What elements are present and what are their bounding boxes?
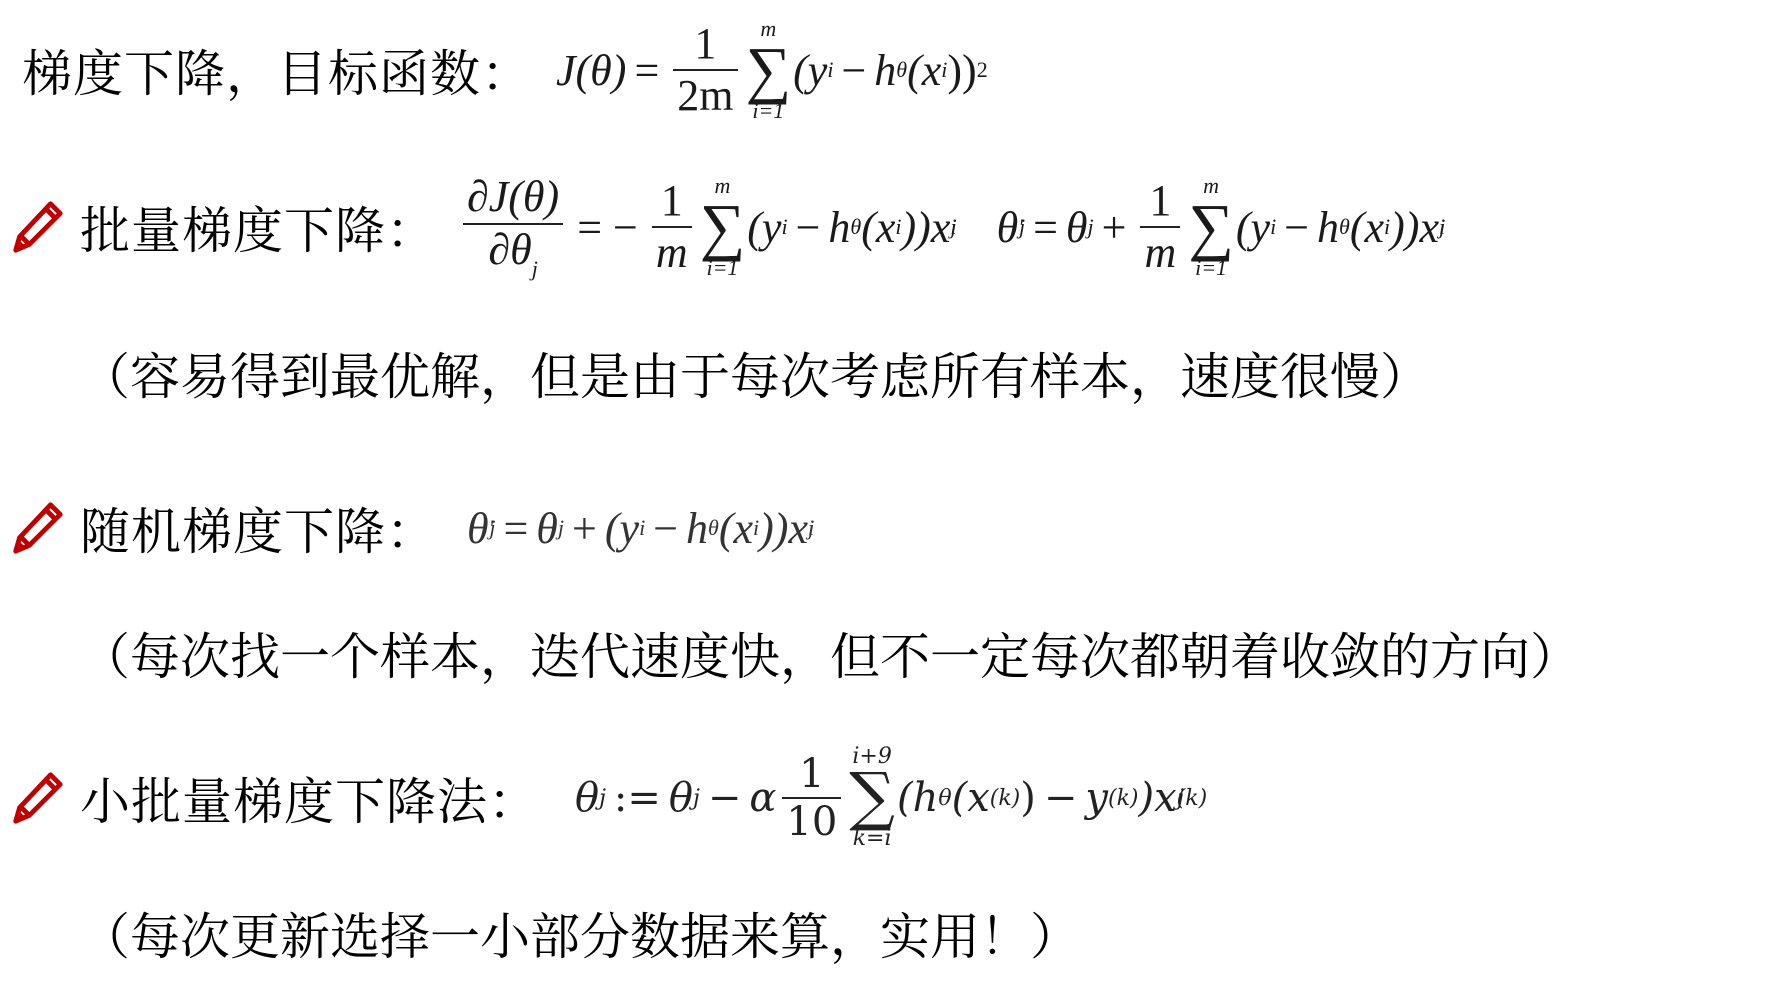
minibatch-label: 小批量梯度下降法： — [80, 762, 539, 834]
batch-gradient-formula: ∂J(θ) ∂θj = − 1 m m ∑ i=1 (yi − hθ (xi )… — [457, 174, 957, 280]
batch-note: （容易得到最优解，但是由于每次考虑所有样本，速度很慢） — [80, 337, 1430, 409]
minibatch-update-formula: θj := θj − α 1 10 i+9 ∑ k=i (hθ (x(k) ) … — [575, 745, 1184, 851]
summation: m ∑ i=1 — [746, 17, 792, 123]
stochastic-label: 随机梯度下降： — [80, 492, 437, 564]
objective-label: 梯度下降，目标函数： — [22, 34, 532, 106]
stochastic-note: （每次找一个样本，迭代速度快，但不一定每次都朝着收敛的方向） — [80, 617, 1580, 689]
stochastic-note-row: （每次找一个样本，迭代速度快，但不一定每次都朝着收敛的方向） — [0, 618, 1580, 688]
pencil-icon — [8, 769, 66, 827]
partial-fraction: ∂J(θ) ∂θj — [463, 174, 563, 279]
minibatch-row: 小批量梯度下降法： θj := θj − α 1 10 i+9 ∑ k=i (h… — [0, 728, 1184, 868]
batch-update-formula: θ'j = θj + 1 m m ∑ i=1 (yi − hθ (xi ))xi… — [997, 174, 1446, 280]
objective-formula: J(θ) = 1 2m m ∑ i=1 (yi − hθ (xi ))2 — [556, 17, 988, 123]
minibatch-note: （每次更新选择一小部分数据来算，实用！） — [80, 897, 1080, 969]
objective-row: 梯度下降，目标函数： J(θ) = 1 2m m ∑ i=1 (yi − hθ … — [0, 20, 988, 120]
batch-label: 批量梯度下降： — [80, 191, 437, 263]
batch-row: 批量梯度下降： ∂J(θ) ∂θj = − 1 m m ∑ i=1 (yi − … — [0, 162, 1445, 292]
pencil-icon — [8, 499, 66, 557]
batch-note-row: （容易得到最优解，但是由于每次考虑所有样本，速度很慢） — [0, 338, 1430, 408]
stochastic-update-formula: θ'j = θj + (yi − hθ (xi ))xij — [467, 503, 814, 554]
stochastic-row: 随机梯度下降： θ'j = θj + (yi − hθ (xi ))xij — [0, 478, 814, 578]
fraction: 1 2m — [673, 21, 737, 119]
minibatch-note-row: （每次更新选择一小部分数据来算，实用！） — [0, 898, 1080, 968]
pencil-icon — [8, 198, 66, 256]
